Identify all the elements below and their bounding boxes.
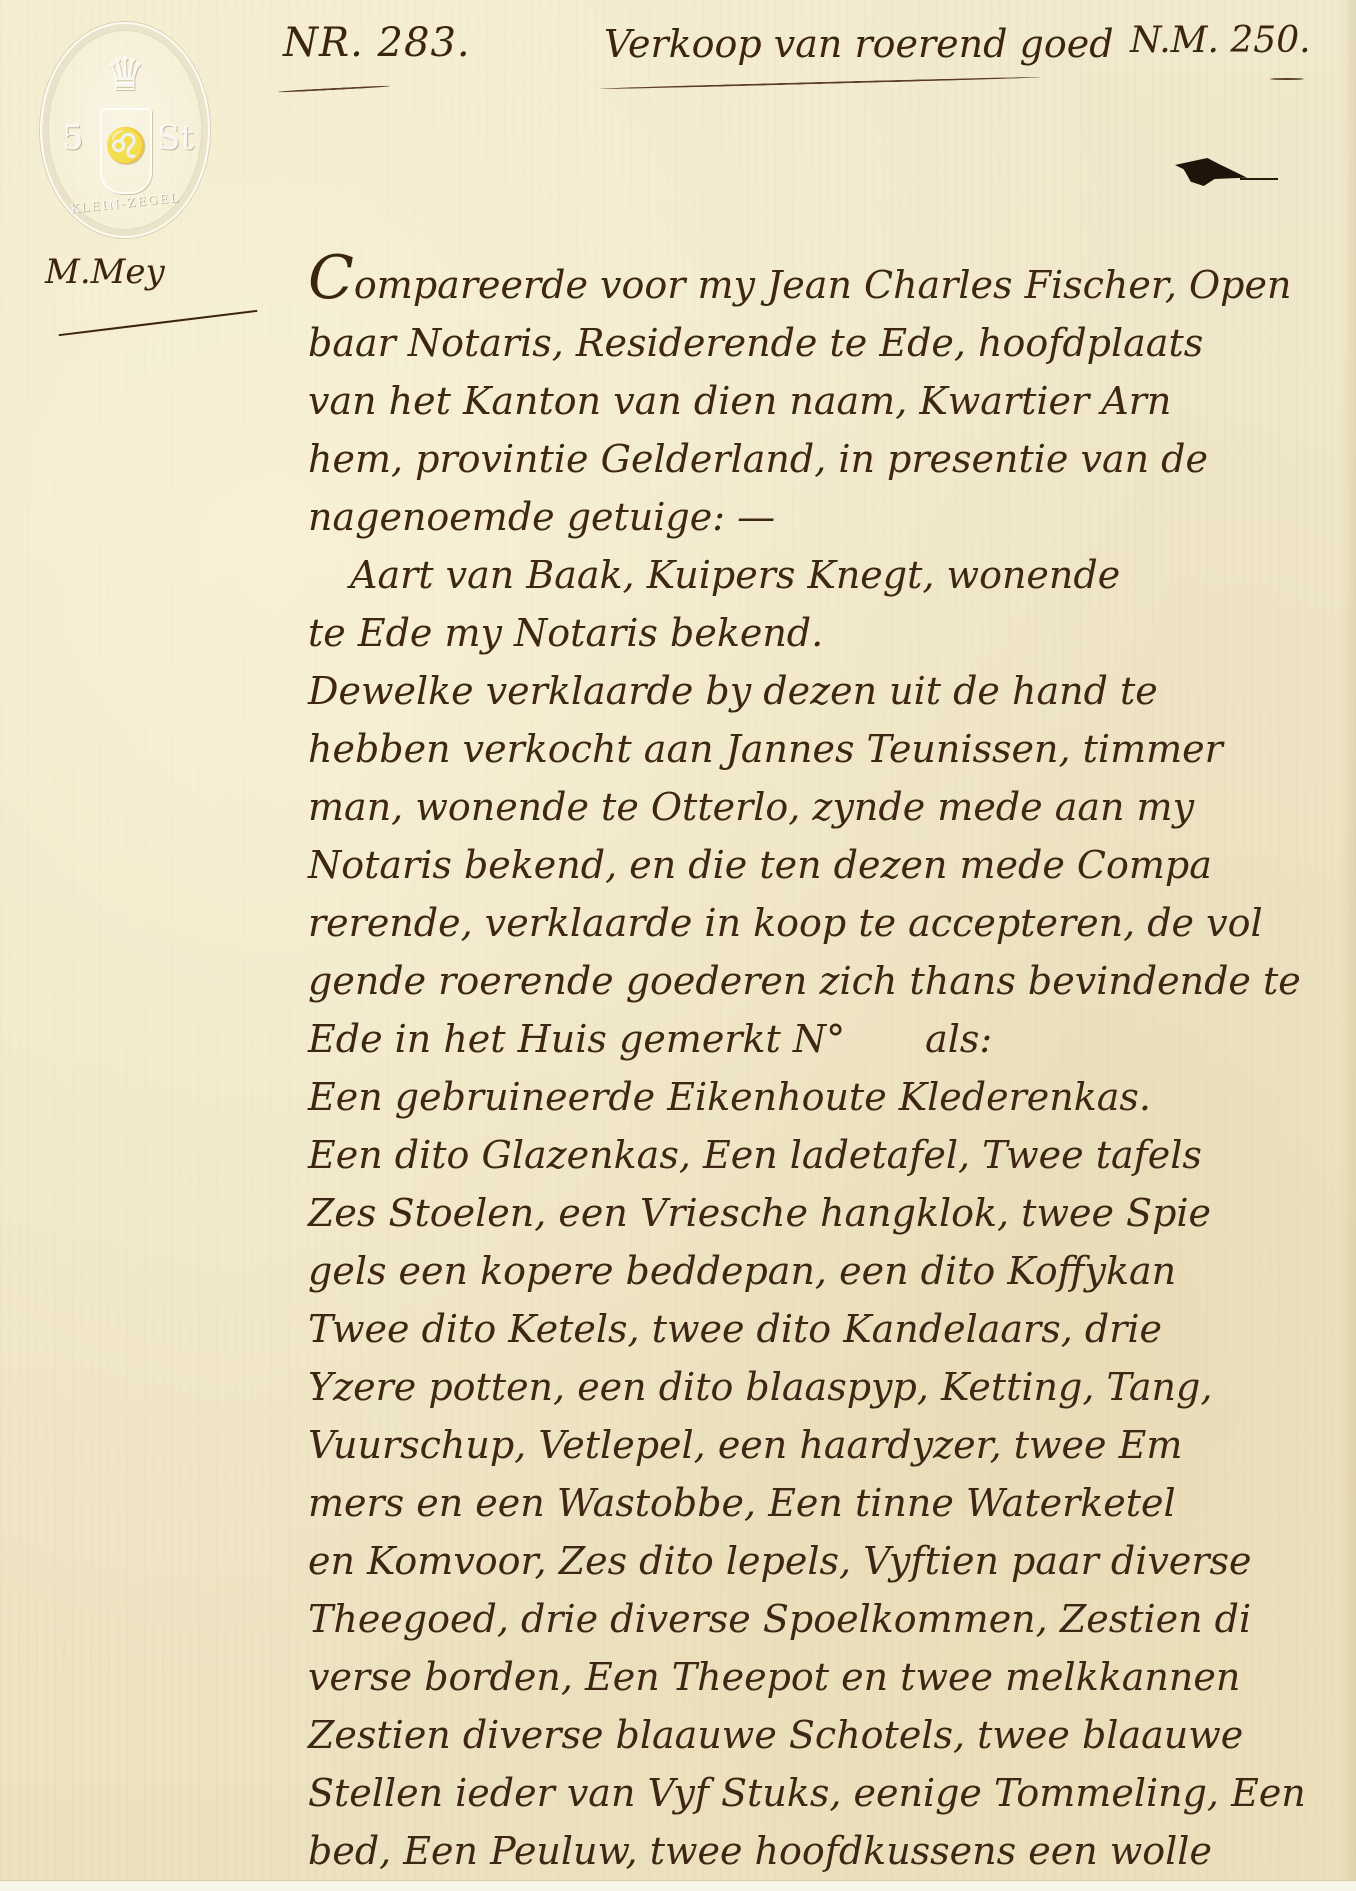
body-line-text: bed, Een Peuluw, twee hoofdkussens een w… [308, 1829, 1212, 1873]
body-line: nagenoemde getuige: — [308, 488, 1338, 546]
body-line: Compareerde voor my Jean Charles Fischer… [308, 256, 1338, 314]
body-line: Yzere potten, een dito blaaspyp, Ketting… [308, 1358, 1338, 1416]
deed-number: NR. 283. [283, 20, 471, 66]
body-line: rerende, verklaarde in koop te acceptere… [308, 894, 1338, 952]
body-line: Aart van Baak, Kuipers Knegt, wonende [308, 546, 1338, 604]
body-line: van het Kanton van dien naam, Kwartier A… [308, 372, 1338, 430]
body-line-text: hem, provintie Gelderland, in presentie … [308, 437, 1208, 481]
body-line: hem, provintie Gelderland, in presentie … [308, 430, 1338, 488]
body-line-text: verse borden, Een Theepot en twee melkka… [308, 1655, 1240, 1699]
body-line-text: baar Notaris, Residerende te Ede, hoofdp… [308, 321, 1203, 365]
body-line: baar Notaris, Residerende te Ede, hoofdp… [308, 314, 1338, 372]
body-line: Zes Stoelen, een Vriesche hangklok, twee… [308, 1184, 1338, 1242]
body-line-text: Notaris bekend, en die ten dezen mede Co… [308, 843, 1212, 887]
paper-edge-shadow [1342, 0, 1356, 1891]
body-line-text: ompareerde voor my Jean Charles Fischer,… [354, 263, 1292, 307]
body-line-text: Stellen ieder van Vyf Stuks, eenige Tomm… [308, 1771, 1306, 1815]
body-line-text: hebben verkocht aan Jannes Teunissen, ti… [308, 727, 1223, 771]
body-line-text: van het Kanton van dien naam, Kwartier A… [308, 379, 1171, 423]
body-line-text: Zes Stoelen, een Vriesche hangklok, twee… [308, 1191, 1211, 1235]
body-line-text: rerende, verklaarde in koop te acceptere… [308, 901, 1263, 945]
body-line: Zestien diverse blaauwe Schotels, twee b… [308, 1706, 1338, 1764]
body-line-text: Vuurschup, Vetlepel, een haardyzer, twee… [308, 1423, 1182, 1467]
body-line-text: Ede in het Huis gemerkt N° [308, 1017, 845, 1061]
body-line: Theegoed, drie diverse Spoelkommen, Zest… [308, 1590, 1338, 1648]
body-line: Een gebruineerde Eikenhoute Klederenkas. [308, 1068, 1338, 1126]
body-line-text: Theegoed, drie diverse Spoelkommen, Zest… [308, 1597, 1251, 1641]
initial-capital: C [308, 243, 354, 313]
body-line-text: te Ede my Notaris bekend. [308, 611, 823, 655]
body-line: Stellen ieder van Vyf Stuks, eenige Tomm… [308, 1764, 1338, 1822]
body-line: hebben verkocht aan Jannes Teunissen, ti… [308, 720, 1338, 778]
body-line-text: Zestien diverse blaauwe Schotels, twee b… [308, 1713, 1243, 1757]
body-line: bed, Een Peuluw, twee hoofdkussens een w… [308, 1822, 1338, 1880]
body-line: en Komvoor, Zes dito lepels, Vyftien paa… [308, 1532, 1338, 1590]
body-line: gels een kopere beddepan, een dito Koffy… [308, 1242, 1338, 1300]
body-line-text: Aart van Baak, Kuipers Knegt, wonende [350, 553, 1120, 597]
body-line-text: mers en een Wastobbe, Een tinne Waterket… [308, 1481, 1176, 1525]
crown-icon: ♛ [99, 48, 151, 100]
body-line-text: gende roerende goederen zich thans bevin… [308, 959, 1301, 1003]
body-line-text: Een gebruineerde Eikenhoute Klederenkas. [308, 1075, 1151, 1119]
ink-blot-tail [1240, 178, 1278, 180]
nm-number-underline [1270, 78, 1304, 80]
body-line: Twee dito Ketels, twee dito Kandelaars, … [308, 1300, 1338, 1358]
body-line-text: Twee dito Ketels, twee dito Kandelaars, … [308, 1307, 1162, 1351]
stamp-value: 5 [62, 118, 84, 158]
deed-title: Verkoop van roerend goed [604, 22, 1114, 66]
margin-signature: M.Mey [45, 252, 165, 292]
body-line-trailing: als: [925, 1017, 992, 1061]
body-line: mers en een Wastobbe, Een tinne Waterket… [308, 1474, 1338, 1532]
body-line: Vuurschup, Vetlepel, een haardyzer, twee… [308, 1416, 1338, 1474]
body-line-text: nagenoemde getuige: — [308, 495, 775, 539]
body-line: man, wonende te Otterlo, zynde mede aan … [308, 778, 1338, 836]
embossed-tax-stamp: ♛ 5 ♌ St KLEIN-ZEGEL [40, 22, 210, 238]
body-line: Dewelke verklaarde by dezen uit de hand … [308, 662, 1338, 720]
body-line: Een dito Glazenkas, Een ladetafel, Twee … [308, 1126, 1338, 1184]
stamp-unit-text: St [157, 118, 194, 158]
body-line: Notaris bekend, en die ten dezen mede Co… [308, 836, 1338, 894]
body-line: verse borden, Een Theepot en twee melkka… [308, 1648, 1338, 1706]
body-line-text: Yzere potten, een dito blaaspyp, Ketting… [308, 1365, 1212, 1409]
body-line-text: en Komvoor, Zes dito lepels, Vyftien paa… [308, 1539, 1252, 1583]
body-line: Ede in het Huis gemerkt N°als: [308, 1010, 1338, 1068]
body-line-text: Dewelke verklaarde by dezen uit de hand … [308, 669, 1158, 713]
body-line-text: man, wonende te Otterlo, zynde mede aan … [308, 785, 1194, 829]
shield-icon: ♌ [100, 108, 152, 194]
deed-body: Compareerde voor my Jean Charles Fischer… [308, 256, 1338, 1880]
body-line-text: Een dito Glazenkas, Een ladetafel, Twee … [308, 1133, 1202, 1177]
body-line: gende roerende goederen zich thans bevin… [308, 952, 1338, 1010]
body-line: te Ede my Notaris bekend. [308, 604, 1338, 662]
lion-icon: ♌ [102, 126, 150, 166]
body-line-text: gels een kopere beddepan, een dito Koffy… [308, 1249, 1176, 1293]
paper-bottom-edge [0, 1880, 1356, 1891]
nm-number: N.M. 250. [1130, 20, 1311, 61]
stamp-unit: St [157, 118, 194, 158]
